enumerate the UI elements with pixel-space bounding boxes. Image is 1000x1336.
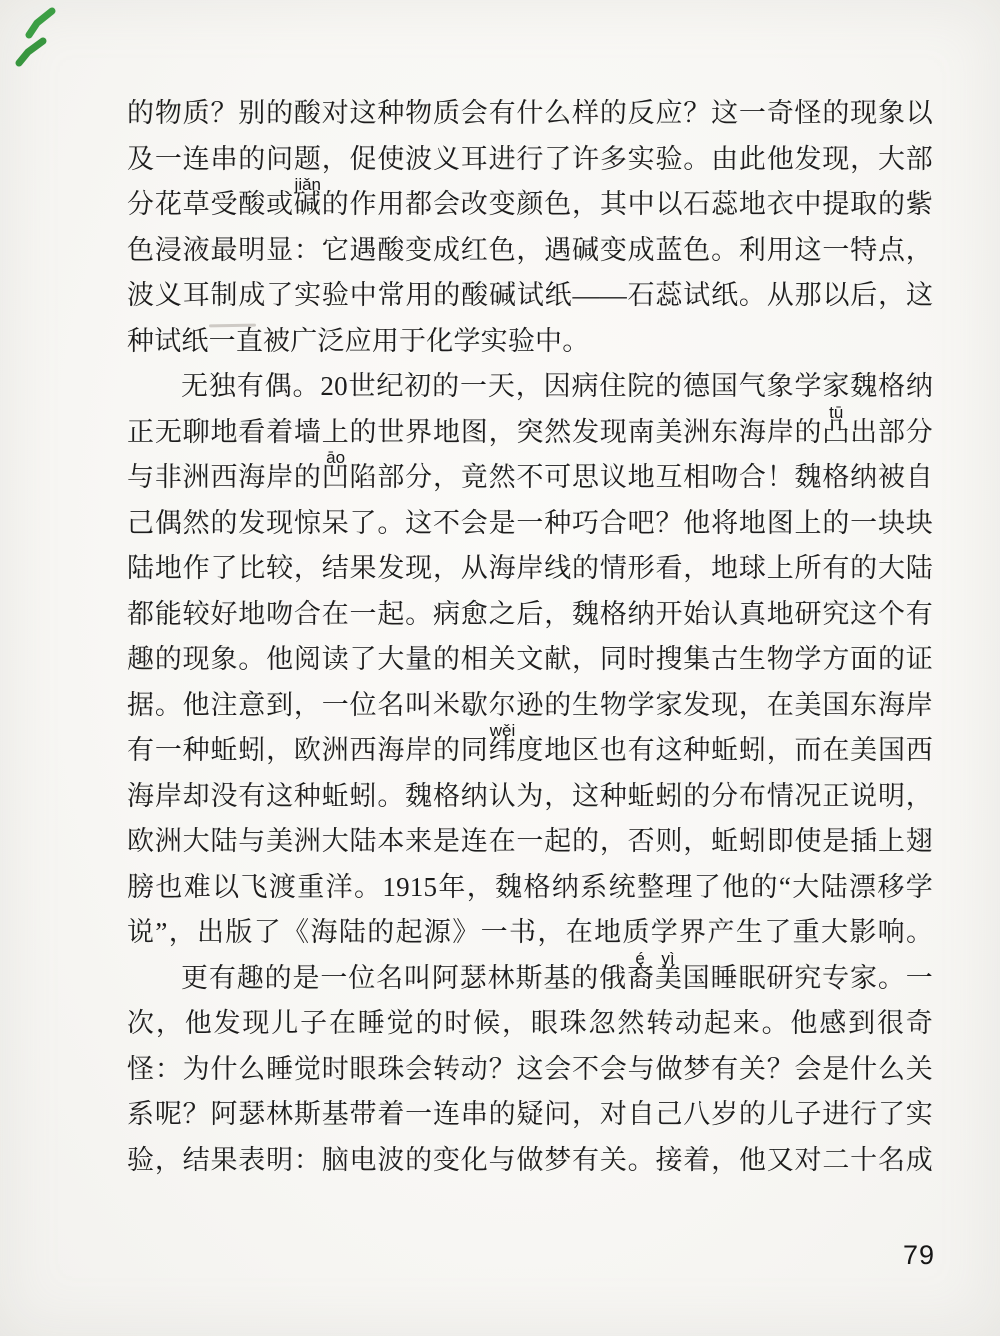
text-line: 膀也难以飞渡重洋。1915年，魏格纳系统整理了他的“大陆漂移学 — [127, 865, 933, 911]
annotated-character: 俄é — [599, 963, 627, 993]
text-line: 说”，出版了《海陆的起源》一书，在地质学界产生了重大影响。 — [127, 910, 933, 956]
pinyin-annotation: tū — [829, 404, 843, 421]
page-number: 79 — [903, 1240, 935, 1271]
text-line: 波义耳制成了实验中常用的酸碱试纸——石蕊试纸。从那以后，这 — [127, 273, 933, 319]
text-line: 有一种蚯蚓，欧洲西海岸的同纬wěi度地区也有这种蚯蚓，而在美国西 — [127, 728, 933, 774]
text-line: 都能较好地吻合在一起。病愈之后，魏格纳开始认真地研究这个有 — [127, 592, 933, 638]
text-line: 的物质？别的酸对这种物质会有什么样的反应？这一奇怪的现象以 — [127, 91, 933, 137]
text-line: 海岸却没有这种蚯蚓。魏格纳认为，这种蚯蚓的分布情况正说明， — [127, 774, 933, 820]
text-line: 及一连串的问题，促使波义耳进行了许多实验。由此他发现，大部 — [127, 137, 933, 183]
text-line: 怪：为什么睡觉时眼珠会转动？这会不会与做梦有关？会是什么关 — [127, 1047, 933, 1093]
text-line: 己偶然的发现惊呆了。这不会是一种巧合吧？他将地图上的一块块 — [127, 501, 933, 547]
text-line: 分花草受酸或碱jiǎn的作用都会改变颜色，其中以石蕊地衣中提取的紫 — [127, 182, 933, 228]
text-line: 趣的现象。他阅读了大量的相关文献，同时搜集古生物学方面的证 — [127, 637, 933, 683]
text-line: 系呢？阿瑟林斯基带着一连串的疑问，对自己八岁的儿子进行了实 — [127, 1092, 933, 1138]
text-line: 次，他发现儿子在睡觉的时候，眼珠忽然转动起来。他感到很奇 — [127, 1001, 933, 1047]
scanned-page: 的物质？别的酸对这种物质会有什么样的反应？这一奇怪的现象以及一连串的问题，促使波… — [0, 0, 1000, 1336]
text-line: 验，结果表明：脑电波的变化与做梦有关。接着，他又对二十名成 — [127, 1138, 933, 1184]
text-line: 据。他注意到，一位名叫米歇尔逊的生物学家发现，在美国东海岸 — [127, 683, 933, 729]
annotated-character: 凸tū — [822, 417, 850, 447]
text-line: 欧洲大陆与美洲大陆本来是连在一起的，否则，蚯蚓即使是插上翅 — [127, 819, 933, 865]
body-text: 的物质？别的酸对这种物质会有什么样的反应？这一奇怪的现象以及一连串的问题，促使波… — [127, 91, 933, 1183]
text-line: 与非洲西海岸的凹āo陷部分，竟然不可思议地互相吻合！魏格纳被自 — [127, 455, 933, 501]
annotated-character: 凹āo — [322, 462, 350, 492]
corner-plant-marks-icon — [6, 2, 68, 70]
text-line: 更有趣的是一位名叫阿瑟林斯基的俄é裔yì美国睡眠研究专家。一 — [127, 956, 933, 1002]
annotated-character: 裔yì — [627, 963, 655, 993]
text-line: 无独有偶。20世纪初的一天，因病住院的德国气象学家魏格纳 — [127, 364, 933, 410]
pinyin-annotation: yì — [607, 950, 674, 967]
pinyin-annotation: āo — [326, 449, 345, 466]
text-line: 正无聊地看着墙上的世界地图，突然发现南美洲东海岸的凸tū出部分 — [127, 410, 933, 456]
annotated-character: 碱jiǎn — [294, 189, 322, 219]
text-line: 色浸液最明显：它遇酸变成红色，遇碱变成蓝色。利用这一特点， — [127, 228, 933, 274]
annotated-character: 纬wěi — [489, 735, 517, 765]
pinyin-annotation: wěi — [490, 722, 516, 739]
text-line: 陆地作了比较，结果发现，从海岸线的情形看，地球上所有的大陆 — [127, 546, 933, 592]
pinyin-annotation: jiǎn — [295, 176, 321, 193]
